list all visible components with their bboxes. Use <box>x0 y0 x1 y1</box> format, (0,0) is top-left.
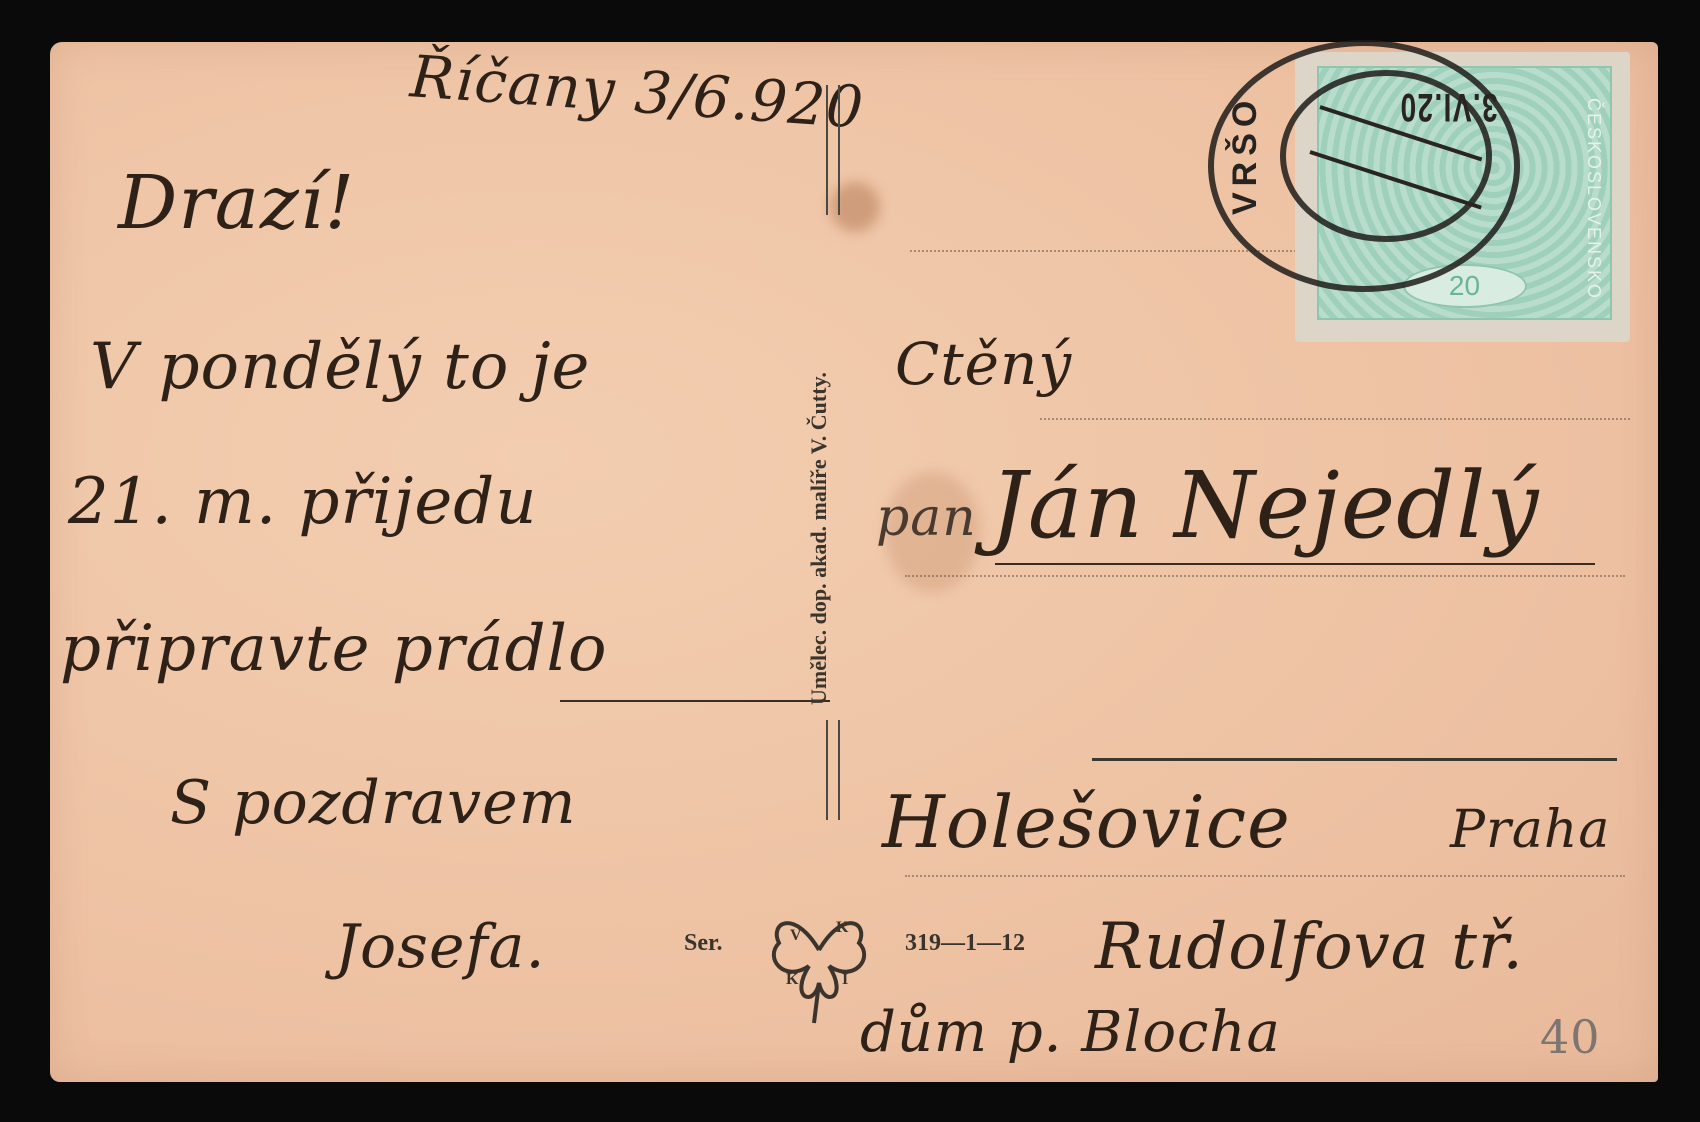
series-label: Ser. <box>684 930 722 957</box>
address-city: Praha <box>1450 800 1610 860</box>
postmark-date: 3.VI.20 <box>1399 84 1498 129</box>
postmark-city: VRŠO <box>1226 95 1265 215</box>
logo-letter: K <box>786 971 799 988</box>
address-line-1 <box>910 250 1300 252</box>
clover-logo-icon: V K K I <box>764 888 874 1028</box>
address-salutation: Ctěný <box>895 330 1072 398</box>
divider-top <box>826 85 840 215</box>
address-name: Ján Nejedlý <box>990 452 1539 559</box>
greeting: Drazí! <box>118 160 355 246</box>
logo-letter: V <box>790 927 802 944</box>
pencil-note: 40 <box>1540 1010 1601 1064</box>
signature: Josefa. <box>335 912 546 982</box>
message-line-1: V pondělý to je <box>90 330 590 404</box>
stamp-country: ČESKOSLOVENSKO <box>1583 98 1604 300</box>
publisher-text: Umělec. dop. akad. malíře V. Čutty. <box>806 372 832 705</box>
series-number: 319—1—12 <box>905 930 1025 957</box>
address-district: Holešovice <box>882 780 1291 864</box>
address-line-3 <box>905 575 1625 577</box>
address-prefix: pan <box>876 488 977 548</box>
address-line-2 <box>1040 418 1630 420</box>
message-line-3: připravte prádlo <box>60 612 608 686</box>
divider-bottom <box>826 720 840 820</box>
address-rule <box>1092 758 1617 761</box>
address-street: Rudolfova tř. <box>1095 910 1524 984</box>
logo-letter: K <box>836 919 849 936</box>
message-line-2: 21. m. přijedu <box>68 465 537 539</box>
address-house: dům p. Blocha <box>860 1000 1281 1065</box>
underline-name <box>995 563 1595 565</box>
address-line-4 <box>905 875 1625 877</box>
closing: S pozdravem <box>170 768 576 838</box>
underline-pradlo <box>560 700 830 702</box>
logo-letter: I <box>842 971 848 988</box>
